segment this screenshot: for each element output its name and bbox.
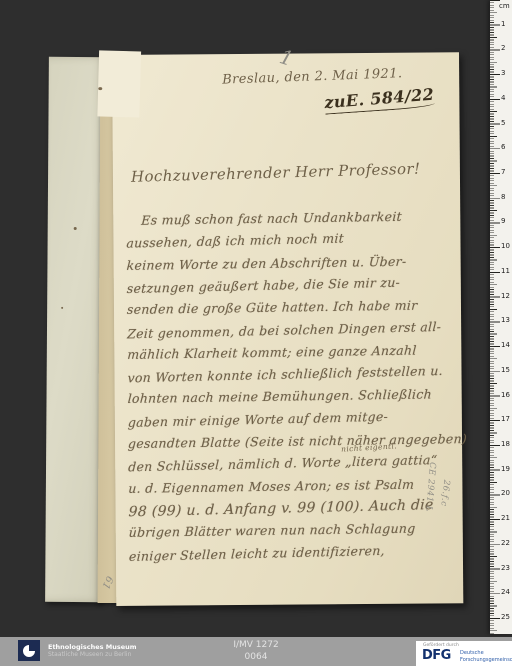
handwriting-line: lohnten nach meine Bemühungen. Schließli… [127,387,432,407]
handwriting-line: übrigen Blätter waren nun nach Schlagung [128,521,416,540]
ruler-number: 4 [501,94,505,102]
handwriting-line: mählich Klarheit kommt; eine ganze Anzah… [127,342,417,361]
handwriting-line: keinem Worte zu den Abschriften u. Über- [126,253,407,272]
dfg-name: Deutsche Forschungsgemeinschaft [460,650,512,663]
handwriting-line: den Schlüssel, nämlich d. Worte „litera … [128,452,438,474]
dfg-name-line2: Forschungsgemeinschaft [460,657,512,664]
ruler-number: 20 [501,489,510,497]
ruler-number: 23 [501,564,510,572]
ruler-number: 25 [501,613,510,621]
ruler-number: 11 [501,267,510,275]
reference-note: zuE. 584/22 [324,85,435,115]
ruler-number: 2 [501,44,505,52]
ruler-number: 16 [501,391,510,399]
margin-inventory-note: CE 2941 L [423,462,437,513]
handwriting-line: Zeit genommen, da bei solchen Dingen ers… [127,318,442,340]
paper-speck [98,87,102,90]
handwriting-line: u. d. Eigennamen Moses Aron; es ist Psal… [128,476,415,495]
ruler-number: 8 [501,193,505,201]
handwriting-line: von Worten konnte ich schließlich festst… [127,363,443,385]
ruler-number: 1 [501,20,505,28]
interline-insertion-note: nicht eigentl. [341,441,397,453]
handwriting-line: Es muß schon fast nach Undankbarkeit [141,209,402,228]
ruler-number: 17 [501,415,510,423]
scan-viewer-page: 1 Breslau, den 2. Mai 1921. zuE. 584/22 … [0,0,512,666]
ruler-number: 15 [501,366,510,374]
paper-speck [74,227,77,230]
ruler-number: 12 [501,292,510,300]
ruler-number: 5 [501,119,505,127]
ruler-number: 18 [501,440,510,448]
ruler-number: 10 [501,242,510,250]
ruler-number: 22 [501,539,510,547]
ruler-unit-label: cm [499,2,510,10]
salutation: Hochzuverehrender Herr Professor! [131,160,421,186]
ruler-number: 6 [501,143,505,151]
ruler-number: 24 [501,588,510,596]
ruler-number: 21 [501,514,510,522]
ruler-number: 13 [501,316,510,324]
dfg-inner: Gefördert durch DFG Deutsche Forschungsg… [416,641,512,666]
paper-speck [61,307,63,309]
handwriting-line: 98 (99) u. d. Anfang v. 99 (100). Auch d… [128,497,434,520]
handwriting-line: gesandten Blatte (Seite ist nicht näher … [128,431,468,451]
handwriting-line: setzungen geäußert habe, die Sie mir zu- [127,274,401,295]
margin-inventory-note-2: 26.f.c [438,479,451,507]
ruler-number: 19 [501,465,510,473]
handwriting-line: gaben mir einige Worte auf dem mitge- [128,408,389,429]
ruler-number: 9 [501,217,505,225]
measurement-ruler: cm 1234567891011121314151617181920212223… [490,0,512,634]
page-corner-fold [97,50,141,117]
dateline: Breslau, den 2. Mai 1921. [222,66,403,87]
ruler-number: 14 [501,341,510,349]
handwriting-line: aussehen, daß ich mich noch mit [126,231,344,251]
pencil-page-number: 1 [277,44,297,71]
handwriting-line: einiger Stellen leicht zu identifizieren… [129,542,386,563]
letter-verso-strip [45,57,105,602]
ruler-number: 7 [501,168,505,176]
letter-page: 1 Breslau, den 2. Mai 1921. zuE. 584/22 … [112,52,463,606]
footer-bar: Ethnologisches Museum Staatliche Museen … [0,637,512,666]
dfg-funding-box: Gefördert durch DFG Deutsche Forschungsg… [416,641,512,666]
ruler-number: 3 [501,69,505,77]
handwriting-line: senden die große Güte hatten. Ich habe m… [127,298,418,317]
dfg-logo: DFG [422,648,451,663]
